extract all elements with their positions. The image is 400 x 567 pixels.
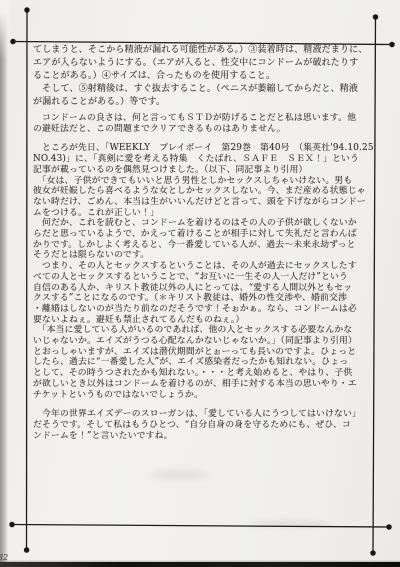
paragraph-aids-latency-argument: 「本当に愛している人がいるのであれば、他の人とセックスする必要なんかな いじゃな… bbox=[33, 325, 378, 400]
scan-bottom-edge-shadow bbox=[0, 562, 400, 567]
paragraph-article-discovery: ところが先日、「WEEKLY プレイボーイ 第29巻 第40号 （集英社'94.… bbox=[33, 143, 378, 175]
paragraph-condom-usage-notes: てしまうと、そこから精液が漏れる可能性がある。）③装着時は、精液だまりに、 エア… bbox=[33, 44, 378, 109]
paragraph-past-partners-argument: つまり、その人とセックスするということは、その人が過去にセックスしたす べての人… bbox=[33, 261, 378, 325]
paragraph-commentary: 何だか、これを読むと、コンドームを着けるのはその人の子供が欲しくないか らだと思… bbox=[33, 218, 378, 261]
blockquote-article-quote: 「女は、子供ができてもいいと思う男性としかセックスしちゃいけない。男も 彼女が妊… bbox=[33, 176, 378, 219]
paragraph-aids-day-slogan: 今年の世界エイズデーのスローガンは、「愛している人にうつしてはいけない」 だそう… bbox=[33, 409, 378, 441]
scanned-page: てしまうと、そこから精液が漏れる可能性がある。）③装着時は、精液だまりに、 エア… bbox=[0, 0, 400, 567]
page-text: てしまうと、そこから精液が漏れる可能性がある。）③装着時は、精液だまりに、 エア… bbox=[33, 44, 378, 441]
paragraph-condom-std-merit: コンドームの良さは、何と言ってもＳＴＤが防げることだと私は思います。他 の避妊法… bbox=[33, 113, 378, 134]
